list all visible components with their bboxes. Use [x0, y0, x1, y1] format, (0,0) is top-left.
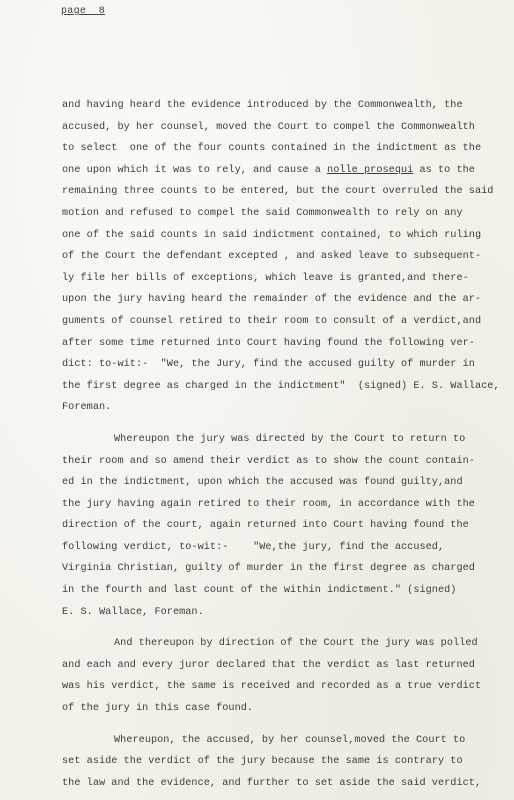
text-line: one upon which it was to rely, and cause… — [62, 160, 512, 182]
text-line: Whereupon the jury was directed by the C… — [62, 429, 512, 451]
text-line: accused, by her counsel, moved the Court… — [62, 117, 512, 139]
text-line: and having heard the evidence introduced… — [62, 95, 512, 117]
text-line: guments of counsel retired to their room… — [62, 311, 512, 333]
text-segment: as to the — [413, 165, 475, 176]
text-line: following verdict, to-wit:- "We,the jury… — [62, 537, 512, 559]
text-line: to select one of the four counts contain… — [62, 138, 512, 160]
paragraph-gap — [62, 623, 512, 633]
document-body: and having heard the evidence introduced… — [62, 95, 512, 794]
text-line: direction of the court, again returned i… — [62, 515, 512, 537]
text-line: Virginia Christian, guilty of murder in … — [62, 558, 512, 580]
text-line: the jury having again retired to their r… — [62, 494, 512, 516]
paragraph-gap — [62, 720, 512, 730]
text-line: set aside the verdict of the jury becaus… — [62, 751, 512, 773]
paragraph-gap — [62, 419, 512, 429]
paragraph: Whereupon the jury was directed by the C… — [62, 429, 512, 623]
text-line: and each and every juror declared that t… — [62, 655, 512, 677]
page-number: page 8 — [61, 6, 105, 17]
text-line: ed in the indictment, upon which the acc… — [62, 472, 512, 494]
nolle-prosequi-underlined: nolle prosequi — [327, 165, 413, 176]
text-line: one of the said counts in said indictmen… — [62, 225, 512, 247]
text-line: of the Court the defendant excepted , an… — [62, 246, 512, 268]
paragraph: And thereupon by direction of the Court … — [62, 633, 512, 719]
text-line: And thereupon by direction of the Court … — [62, 633, 512, 655]
text-line: their room and so amend their verdict as… — [62, 451, 512, 473]
document-page: page 8 and having heard the evidence int… — [0, 0, 514, 800]
text-line: was his verdict, the same is received an… — [62, 676, 512, 698]
text-line: dict: to-wit:- "We, the Jury, find the a… — [62, 354, 512, 376]
text-line: of the jury in this case found. — [62, 698, 512, 720]
text-line: Whereupon, the accused, by her counsel,m… — [62, 730, 512, 752]
text-line: remaining three counts to be entered, bu… — [62, 181, 512, 203]
text-line: motion and refused to compel the said Co… — [62, 203, 512, 225]
text-line: upon the jury having heard the remainder… — [62, 289, 512, 311]
text-line: in the fourth and last count of the with… — [62, 580, 512, 602]
text-segment: one upon which it was to rely, and cause… — [62, 165, 327, 176]
paragraph: and having heard the evidence introduced… — [62, 95, 512, 419]
text-line: after some time returned into Court havi… — [62, 333, 512, 355]
paragraph: Whereupon, the accused, by her counsel,m… — [62, 730, 512, 795]
text-line: the law and the evidence, and further to… — [62, 773, 512, 795]
text-line: the first degree as charged in the indic… — [62, 376, 512, 398]
text-line: Foreman. — [62, 397, 512, 419]
text-line: ly file her bills of exceptions, which l… — [62, 268, 512, 290]
text-line: E. S. Wallace, Foreman. — [62, 602, 512, 624]
